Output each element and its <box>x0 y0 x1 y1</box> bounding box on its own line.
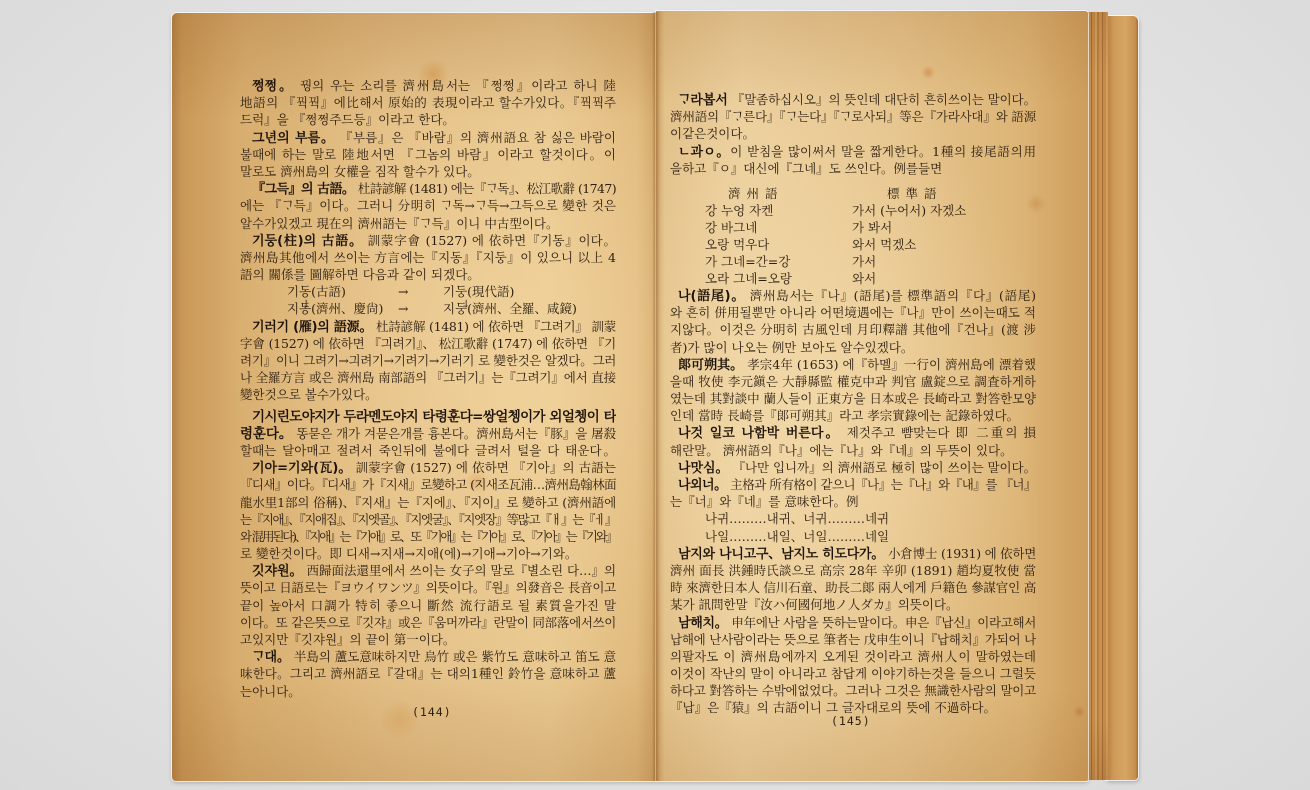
headword: 郞可朔其。 <box>678 358 743 373</box>
text-line: 기시린도야지가 두라멘도야지 타령훈다=쌍얼쳉이가 외얼쳉이 타 <box>240 408 616 425</box>
text-line: 에는 『ᄀᆞ득』이다。그러니 分明히 ᄀᆞ독→ᄀᆞ득→그득으로 變한 것은 <box>240 197 616 214</box>
text-line: 者)가 많이 나오는 例만 보아도 알수있겠다。 <box>670 339 1036 356</box>
text-line: 濟州 面長 洪鍾時氏談으로 高宗 28年 辛卯 (1891) 趙均夏牧使 當 <box>670 562 1036 579</box>
text-line: 나(語尾)。 濟州島서는『나』(語尾)를 標準語의『다』(語尾) <box>670 287 1036 304</box>
table-row: 오랑 먹우다와서 먹겠소 <box>670 236 1036 253</box>
headword: 기둥(柱)의 古語。 <box>252 234 363 249</box>
standard-cell: 와서 <box>852 270 876 287</box>
headword: 남지와 나니고구、남지노 히도다가。 <box>678 547 884 562</box>
open-book-spread: 쩡쩡。 꿩의 우는 소리를 濟州島서는 『쩡쩡』이라고 하니 陸 地語의 『꿕꿕… <box>0 0 1310 790</box>
comparison-table-header: 濟州語 標準語 <box>670 185 1036 202</box>
headword: 깃쟈원。 <box>252 564 303 579</box>
left-page-text: 쩡쩡。 꿩의 우는 소리를 濟州島서는 『쩡쩡』이라고 하니 陸 地語의 『꿕꿕… <box>240 77 616 700</box>
text-line: 할때는 달아매고 절려서 죽인뒤에 불에다 글려서 털을 다 태운다。 <box>240 442 616 459</box>
line-text: 主格과 所有格이 같으니『나』는『나』와『내』를 『너』 <box>727 477 1036 492</box>
text-line: 로 變한것이다。即 디새→지새→지애(에)→기애→기아→기와。 <box>240 545 616 562</box>
headword: 기시린도야지가 두라멘도야지 타령훈다=쌍얼쳉이가 외얼쳉이 타 <box>252 409 616 425</box>
text-line: 某가 訊問한말『汝ハ何國何地ノ人ダカ』의뜻이다。 <box>670 596 1036 613</box>
text-line: 郞可朔其。 孝宗4年 (1653) 에『하멜』一行이 濟州島에 漂着했 <box>670 356 1036 373</box>
example-line: 나일………내일、너일………네일 <box>670 528 1036 545</box>
headword: ᄀᆞ라봅서 <box>678 93 728 108</box>
text-line: 불때에 하는 말로 陸地서면 『그놈의 바람』이라고 할것이다。이 <box>240 146 616 163</box>
text-line: 字會 (1527) 에 依하면 『긔려기』、 松江歌辭 (1747) 에 依하면… <box>240 335 616 352</box>
text-line: 와 흔히 併用될뿐만 아니라 어떤境遇에는『나』만이 쓰이는때도 적 <box>670 304 1036 321</box>
headword: 나(語尾)。 <box>678 289 745 304</box>
line-text: 제것주고 뺨맞는다 即 二重의 損 <box>841 425 1036 440</box>
arrow-right-icon: → <box>398 283 408 300</box>
line-text: 똥묻은 개가 겨묻은개를 흉본다。濟州島서는『豚』을 屠殺 <box>292 426 616 441</box>
text-line: 地語의 『꿕꿕』에比해서 原始的 表現이라고 할수가있다。『꿕꿕주 <box>240 94 616 111</box>
text-line: 려기』이니 그려기→긔려기→기려기→기러기 로 變한것은 알겠다。그러 <box>240 352 616 369</box>
headword: 쩡쩡。 <box>252 79 294 94</box>
text-line: 뜻이고 日語로는『ヨウイワンツ』의뜻이다。『원』의發音은 長音이고 <box>240 579 616 596</box>
table-row: 오라 그네=오랑와서 <box>670 270 1036 287</box>
text-line: 語의 關係를 圖解하면 다음과 같이 되겠다。 <box>240 266 616 283</box>
line-text: 이 받침을 많이써서 말을 짧게한다。1種의 接尾語의用 <box>730 144 1036 159</box>
text-line: 남해치。 申年에난 사람을 뜻하는말이다。申은『납신』이라고해서 <box>670 614 1036 631</box>
jeju-cell: 강 바그네 <box>705 219 757 236</box>
text-line: 는『지애』、『지애집』、『지엣골』、『지엣굴』、『지엣장』等많고『ㅐ』는『ㅔ』 <box>240 511 616 528</box>
headword: 남해치。 <box>678 616 728 631</box>
table-row: 가 그네=간=강가서 <box>670 253 1036 270</box>
line-text: 西歸面法還里에서 쓰이는 女子의 말로『별소린 다…』의 <box>303 563 616 578</box>
right-page: ᄀᆞ라봅서 『말좀하십시오』의 뜻인데 대단히 흔히쓰이는 말이다。 濟州語의『… <box>656 11 1088 781</box>
line-text: 『말좀하십시오』의 뜻인데 대단히 흔히쓰이는 말이다。 <box>728 92 1036 107</box>
table-row: 강 바그네가 봐서 <box>670 219 1036 236</box>
back-cover-edge <box>1106 16 1138 780</box>
jeju-cell: 오랑 먹우다 <box>705 236 769 253</box>
line-text: 訓蒙字會 (1527) 에 依하면 『기아』의 古語는 <box>352 460 616 475</box>
page-number: (145) <box>831 714 871 728</box>
standard-cell: 가서 <box>852 253 876 270</box>
text-line: 드럭』을 『쩡쩡주드등』이라고 한다。 <box>240 111 616 128</box>
text-line: 였는데 其對談中 蘭人들이 正東方을 日本或은 長崎라고 對答한모양 <box>670 390 1036 407</box>
text-line: 말로도 濟州島의 女權을 짐작 할수가 있다。 <box>240 163 616 180</box>
text-line: 濟州語의『ᄀᆞ른다』『ᄀᆞ는다』『ᄀᆞ로사되』等은『가라사대』와 語源 <box>670 108 1036 125</box>
text-line: 기아=기와(瓦)。 訓蒙字會 (1527) 에 依하면 『기아』의 古語는 <box>240 459 616 476</box>
line-text: 杜詩諺解 (1481) 에는『ᄀᆞ독』、松江歌辭 (1747) <box>354 181 616 196</box>
headword: ᄀᆞ대。 <box>252 650 290 665</box>
text-line: 납해에 난사람이라는 뜻으로 筆者는 戊申生이니『납해치』가되어 나 <box>670 631 1036 648</box>
text-line: 는아니다。 <box>240 683 616 700</box>
text-line: ᄀᆞ대。 半島의 蘆도意味하지만 烏竹 或은 紫竹도 意味하고 笛도 意 <box>240 648 616 665</box>
text-line: 고있지만『깃쟈원』의 끝이 第一이다。 <box>240 631 616 648</box>
text-line: 인데 當時 長崎를『郞可朔其』라고 孝宗實錄에는 記錄하였다。 <box>670 407 1036 424</box>
headword: 나외너。 <box>678 478 727 493</box>
line-text: 訓蒙字會 (1527) 에 依하면『기동』이다。 <box>363 233 616 248</box>
headword: 나것 일코 나함박 버른다。 <box>678 426 841 441</box>
line-text: 『부름』은 『바람』의 濟州語요 참 싫은 바람이 <box>335 130 616 145</box>
text-line: 을때 牧使 李元鎭은 大靜縣監 權克中과 判官 盧錠으로 調査하게하 <box>670 373 1036 390</box>
column-header-standard: 標準語 <box>887 185 943 202</box>
jeju-cell: 가 그네=간=강 <box>705 253 790 270</box>
example-line: 나귀………내귀、너귀………네귀 <box>670 510 1036 527</box>
text-line: 을하고『ㅇ』대신에『그네』도 쓰인다。例를들면 <box>670 160 1036 177</box>
text-line: 變한것으로 볼수가있다。 <box>240 386 616 403</box>
left-page: 쩡쩡。 꿩의 우는 소리를 濟州島서는 『쩡쩡』이라고 하니 陸 地語의 『꿕꿕… <box>172 13 656 781</box>
diagram-to: 지둥(濟州、全羅、咸鏡) <box>443 300 577 317</box>
text-line: 지않다。이것은 分明히 古風인데 月印釋譜 其他에『건나』(渡 涉 <box>670 321 1036 338</box>
text-line: 나외너。 主格과 所有格이 같으니『나』는『나』와『내』를 『너』 <box>670 476 1036 493</box>
line-text: 濟州島서는『나』(語尾)를 標準語의『다』(語尾) <box>745 288 1036 303</box>
headword: 기아=기와(瓦)。 <box>252 461 352 476</box>
text-line: 와 混用된다)、『지애』는『기애』로、또『기애』는『기아』로、『기아』는『기와』 <box>240 528 616 545</box>
standard-cell: 와서 먹겠소 <box>852 236 916 253</box>
text-line: ㄴ과ㅇ。이 받침을 많이써서 말을 짧게한다。1種의 接尾語의用 <box>670 143 1036 160</box>
text-line: 나 全羅方言 或은 濟州島 南部語의 『그러기』는『그려기』에서 直接 <box>240 369 616 386</box>
table-row: 강 누엉 자켄가서 (누어서) 자겠소 <box>670 202 1036 219</box>
text-line: 의팔자도 이 濟州島에까지 오게된 것이라고 濟州人이 말하였는데 <box>670 648 1036 665</box>
text-line: 깃쟈원。 西歸面法還里에서 쓰이는 女子의 말로『별소린 다…』의 <box>240 562 616 579</box>
standard-cell: 가서 (누어서) 자겠소 <box>852 202 966 219</box>
jeju-cell: 강 누엉 자켄 <box>705 202 773 219</box>
book-gutter <box>652 12 660 781</box>
text-line: 는『너』와『네』를 意味한다。例 <box>670 493 1036 510</box>
text-line: 기러기 (雁)의 語源。 杜詩諺解 (1481) 에 依하면 『그려기』 訓蒙 <box>240 318 616 335</box>
diagram-from: 기동(古語) <box>287 283 346 300</box>
headword: 령훈다。 <box>240 426 292 442</box>
line-text: 申年에난 사람을 뜻하는말이다。申은『납신』이라고해서 <box>728 615 1036 630</box>
standard-cell: 가 봐서 <box>852 219 892 236</box>
diagram-to: 기둥(現代語) <box>443 283 514 300</box>
headword: 그년의 부름。 <box>252 131 335 146</box>
text-line: 남지와 나니고구、남지노 히도다가。 小倉博士 (1931) 에 依하면 <box>670 545 1036 562</box>
text-line: 그년의 부름。 『부름』은 『바람』의 濟州語요 참 싫은 바람이 <box>240 129 616 146</box>
text-line: 나맛심。 『나만 입니까』의 濟州語로 極히 많이 쓰이는 말이다。 <box>670 459 1036 476</box>
text-line: 이다。또 같은뜻으로『깃쟈』或은『움머까라』란말이 同部落에서쓰이 <box>240 614 616 631</box>
text-line: ᄀᆞ라봅서 『말좀하십시오』의 뜻인데 대단히 흔히쓰이는 말이다。 <box>670 91 1036 108</box>
text-line: 『그득』의 古語。 杜詩諺解 (1481) 에는『ᄀᆞ독』、松江歌辭 (1747… <box>240 180 616 197</box>
text-line: 나것 일코 나함박 버른다。 제것주고 뺨맞는다 即 二重의 損 <box>670 424 1036 441</box>
headword: ㄴ과ㅇ。 <box>678 145 730 160</box>
text-line: 해란말。 濟州語의『나』에는『나』와『네』의 두뜻이 있다。 <box>670 442 1036 459</box>
arrow-right-icon: → <box>398 300 408 317</box>
line-text: 半島의 蘆도意味하지만 烏竹 或은 紫竹도 意味하고 笛도 意 <box>290 649 616 664</box>
page-number: (144) <box>412 705 452 719</box>
text-line: 이것이 작난의 말이 아니라고 참답게 이야기하는것을 들으니 그럴듯 <box>670 665 1036 682</box>
text-line: 味한다。그리고 濟州語로『갈대』는 대의1種인 鈴竹을 意味하고 蘆 <box>240 665 616 682</box>
line-text: 杜詩諺解 (1481) 에 依하면 『그려기』 訓蒙 <box>372 319 616 334</box>
right-page-text: ᄀᆞ라봅서 『말좀하십시오』의 뜻인데 대단히 흔히쓰이는 말이다。 濟州語의『… <box>670 91 1036 717</box>
text-line: 이같은것이다。 <box>670 125 1036 142</box>
page-stack-edge <box>1086 12 1108 780</box>
jeju-cell: 오라 그네=오랑 <box>705 270 792 287</box>
text-line: 알수가있겠고 現在의 濟州語는『ᄀᆞ득』이니 中古型이다。 <box>240 215 616 232</box>
line-text: 小倉博士 (1931) 에 依하면 <box>884 546 1036 561</box>
etymology-diagram-row: ↓ ↓ 지동(濟州、慶尙) → 지둥(濟州、全羅、咸鏡) <box>240 300 616 317</box>
text-line: 時 來濟한日本人 信川石童、助長二郞 兩人에게 戶籍色 參謀官인 高 <box>670 579 1036 596</box>
text-line: 끝이 높아서 口調가 特히 좋으니 斷然 流行語로 될 素質을가진 말 <box>240 597 616 614</box>
text-line: 『디새』이다。『디새』가『지새』로變하고 (지새조瓦浦…濟州島翰林面 <box>240 476 616 493</box>
text-line: 濟州島其他에서 쓰이는 方言에는『지동』『지둥』이 있으니 以上 4 <box>240 249 616 266</box>
etymology-diagram-row: 기동(古語) → 기둥(現代語) <box>240 283 616 300</box>
text-line: 龍水里1部의 俗稱)、『지새』는『지에』、『지이』로 變하고 (濟州語에 <box>240 494 616 511</box>
text-line: 기둥(柱)의 古語。 訓蒙字會 (1527) 에 依하면『기동』이다。 <box>240 232 616 249</box>
text-line: 하다고 對答하는 수밖에없었다。그러나 그것은 無識한사람의 말이고 <box>670 682 1036 699</box>
line-text: 『나만 입니까』의 濟州語로 極히 많이 쓰이는 말이다。 <box>729 460 1036 475</box>
line-text: 꿩의 우는 소리를 濟州島서는 『쩡쩡』이라고 하니 陸 <box>294 78 616 93</box>
headword: 나맛심。 <box>678 461 729 476</box>
column-header-jeju: 濟州語 <box>728 185 784 202</box>
headword: 기러기 (雁)의 語源。 <box>252 320 372 335</box>
text-line: 령훈다。 똥묻은 개가 겨묻은개를 흉본다。濟州島서는『豚』을 屠殺 <box>240 425 616 442</box>
diagram-from: 지동(濟州、慶尙) <box>287 300 383 317</box>
text-line: 쩡쩡。 꿩의 우는 소리를 濟州島서는 『쩡쩡』이라고 하니 陸 <box>240 77 616 94</box>
headword: 『그득』의 古語。 <box>252 182 354 197</box>
line-text: 孝宗4年 (1653) 에『하멜』一行이 濟州島에 漂着했 <box>743 357 1036 372</box>
